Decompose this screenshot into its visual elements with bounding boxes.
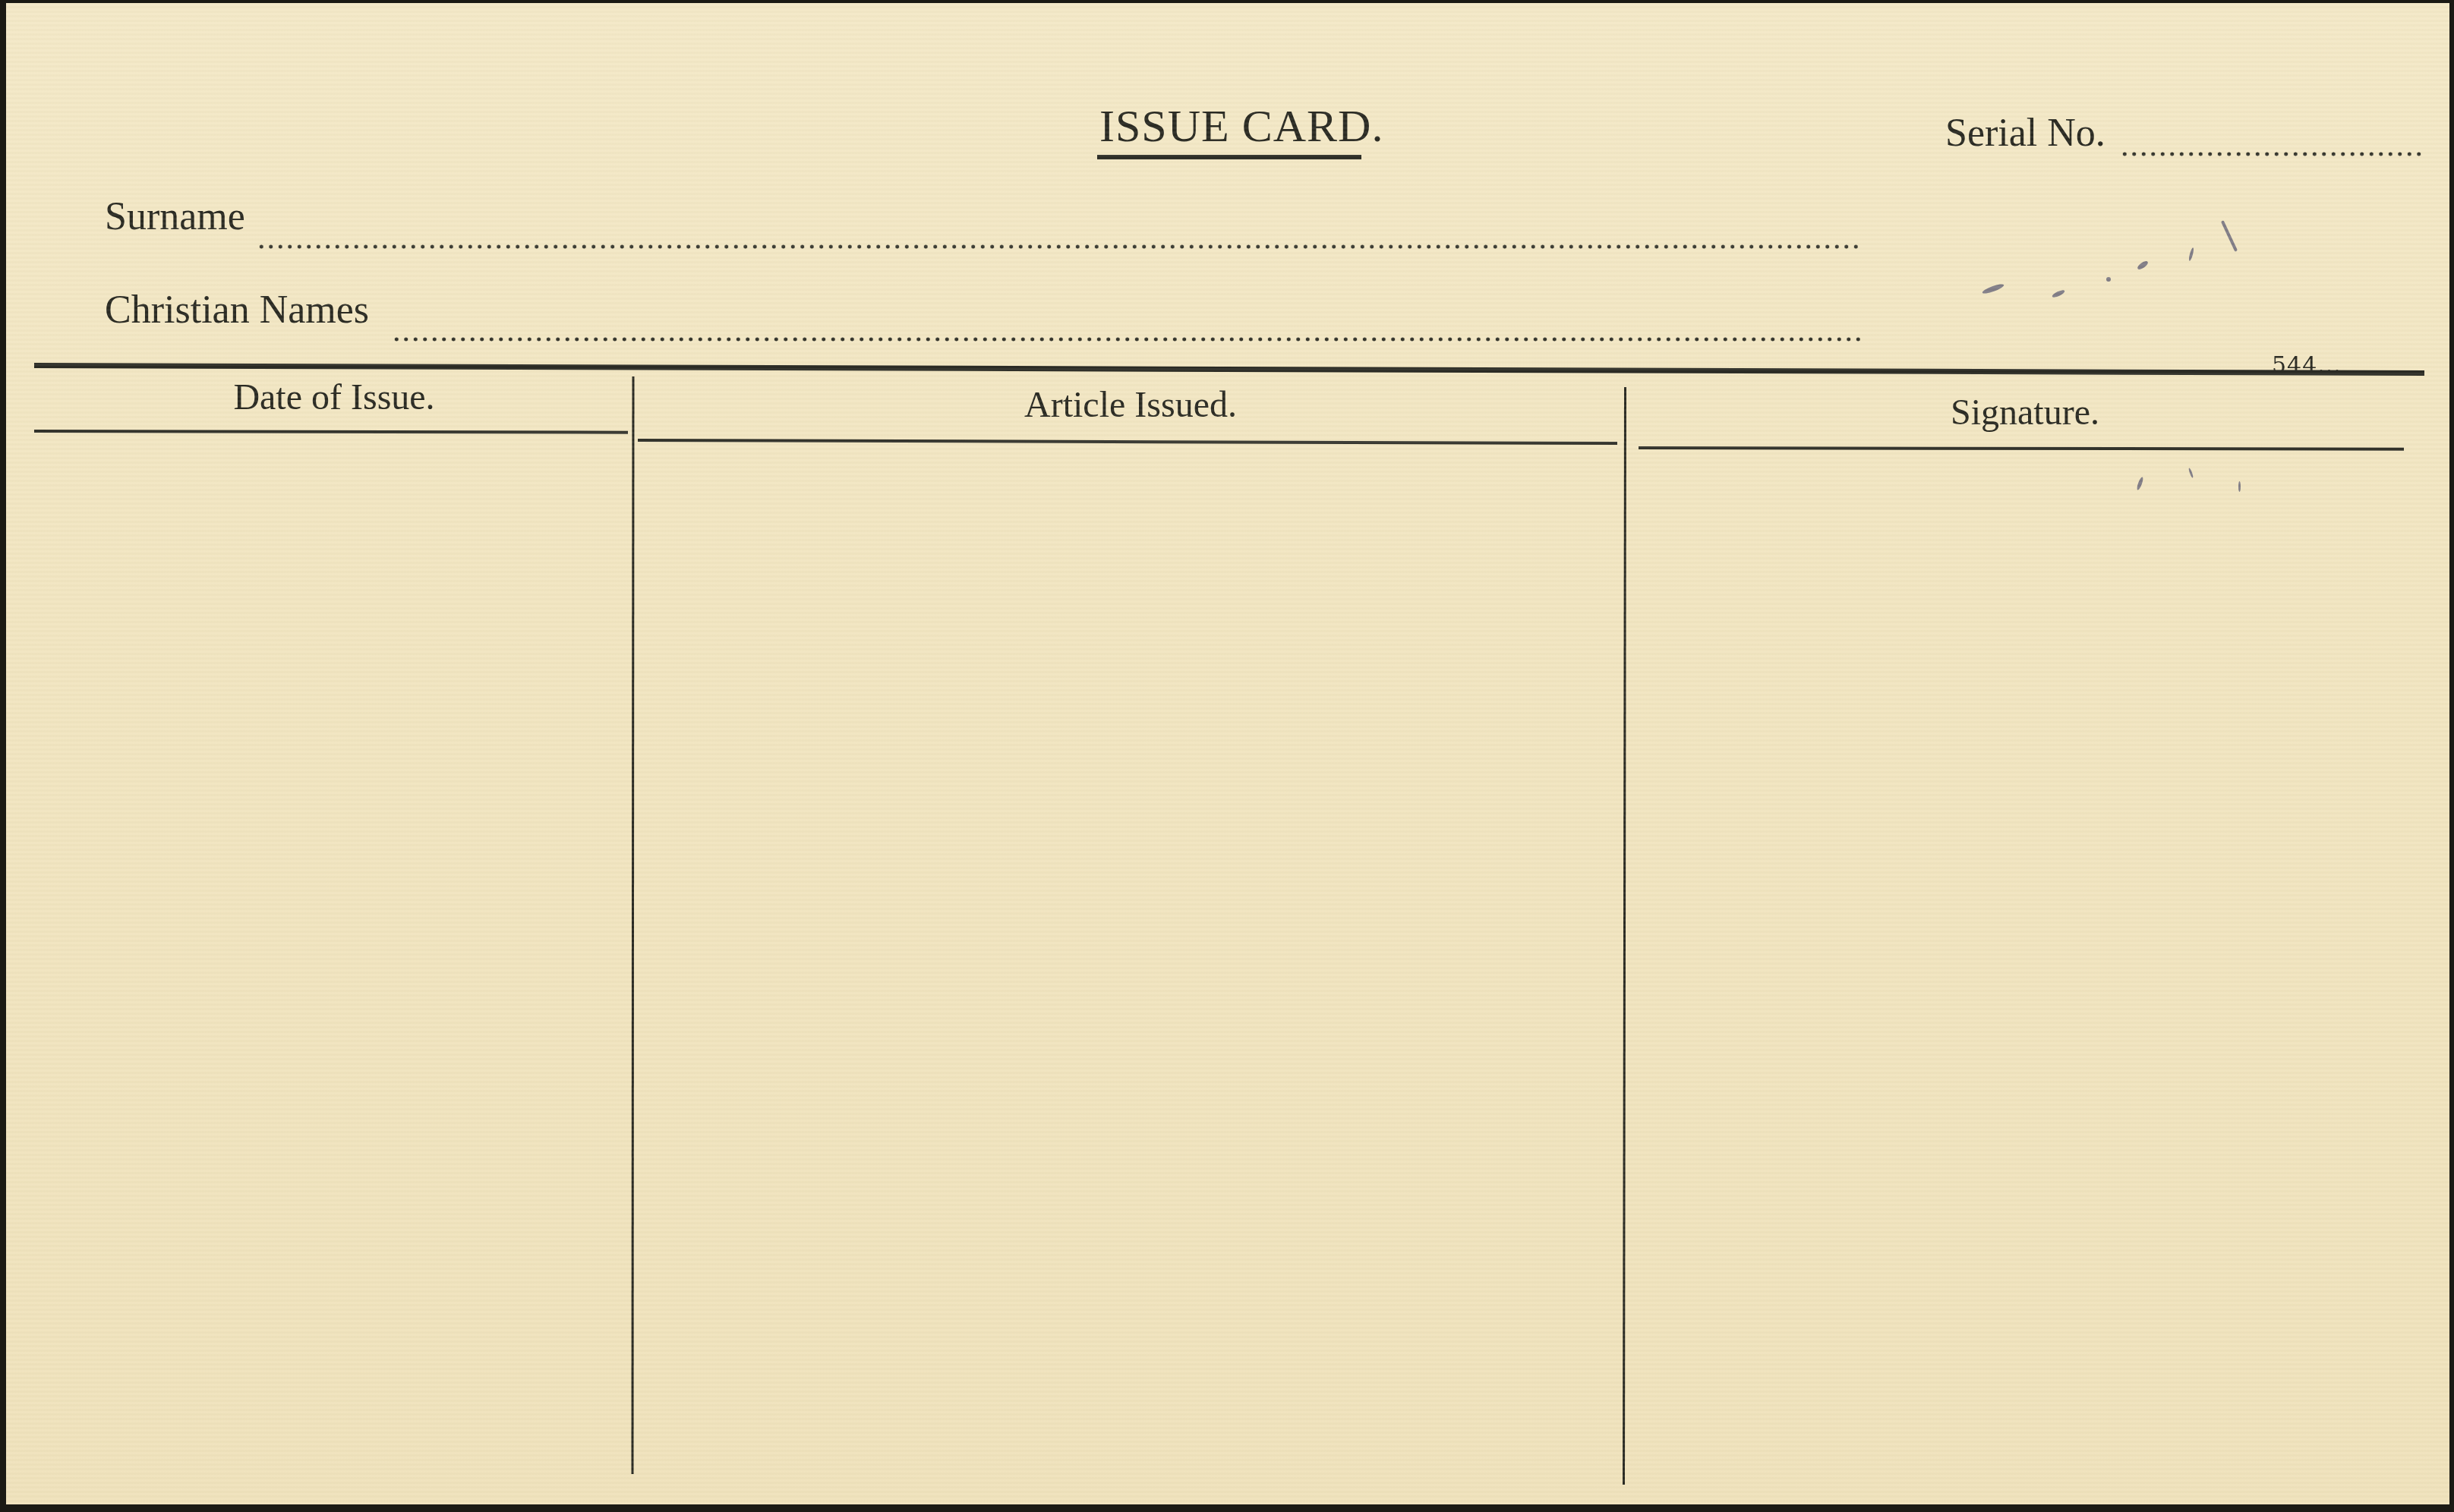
issue-card: ISSUE CARD. Serial No. Surname Christian… [6,3,2449,1504]
article-header-underline [638,439,1617,445]
ink-mark [1982,282,2005,295]
ink-mark [2106,277,2111,282]
article-issued-cell-area[interactable] [638,449,1619,1474]
serial-no-field[interactable] [2120,152,2425,156]
column-header-signature: Signature. [1639,392,2411,433]
card-title: ISSUE CARD. [1099,100,1367,153]
christian-names-field[interactable] [392,337,1863,342]
signature-header-underline [1639,446,2404,451]
column-header-article-issued: Article Issued. [638,384,1623,426]
column-divider-1 [631,376,634,1474]
signature-cell-area[interactable] [1631,457,2411,1482]
header-divider [34,363,2424,376]
ink-mark [2221,220,2238,252]
column-divider-2 [1623,387,1626,1485]
column-header-date-of-issue: Date of Issue. [34,376,634,418]
surname-field[interactable] [257,244,1863,249]
christian-names-label: Christian Names [105,288,369,332]
ink-mark [2052,288,2066,298]
title-underline [1097,155,1361,159]
date-header-underline [34,430,628,434]
ink-mark [2188,247,2195,261]
ink-mark [2136,260,2149,271]
date-of-issue-cell-area[interactable] [34,439,628,1472]
surname-label: Surname [105,194,245,239]
ink-mark [2238,481,2241,492]
serial-no-label: Serial No. [1945,111,2105,156]
